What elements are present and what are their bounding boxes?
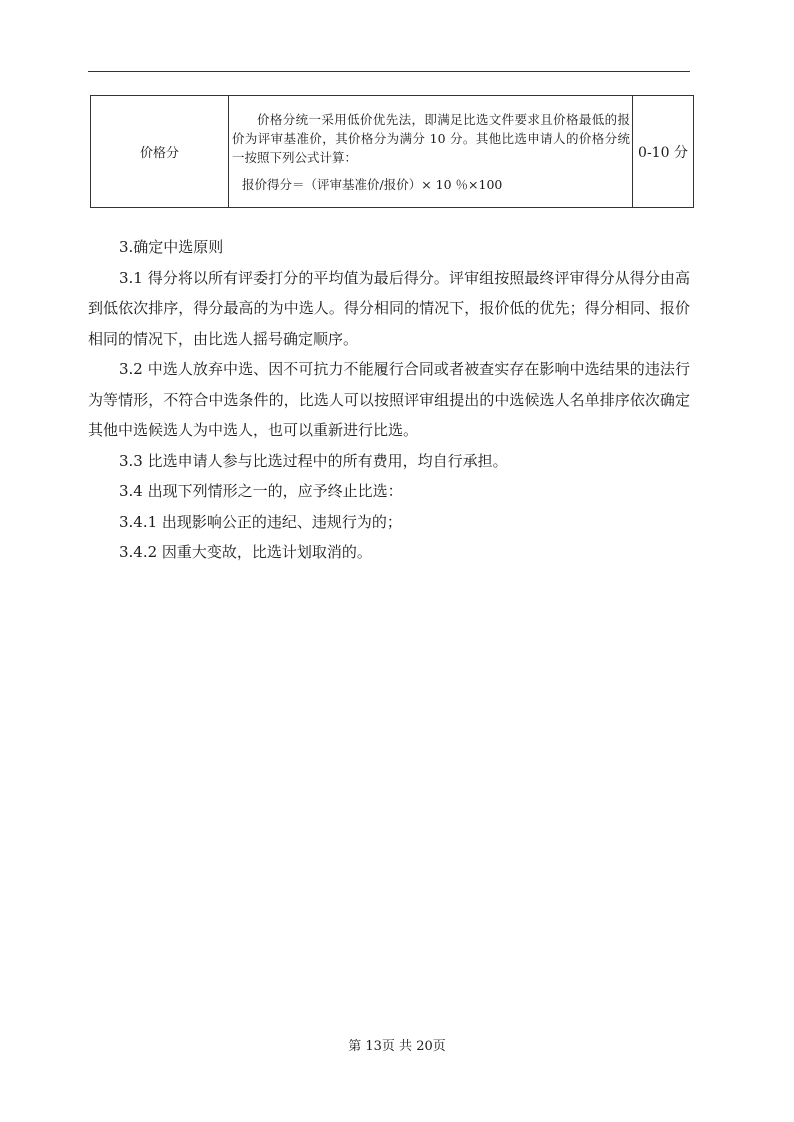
selection-principles: 3.确定中选原则 3.1 得分将以所有评委打分的平均值为最后得分。评审组按照最终…	[88, 232, 690, 568]
criterion-name: 价格分	[91, 96, 229, 208]
score-range: 0-10 分	[633, 96, 694, 208]
paragraph-3-3: 3.3 比选申请人参与比选过程中的所有费用，均自行承担。	[88, 446, 690, 477]
paragraph-3-1: 3.1 得分将以所有评委打分的平均值为最后得分。评审组按照最终评审得分从得分由高…	[88, 263, 690, 355]
section-heading: 3.确定中选原则	[88, 232, 690, 263]
paragraph-3-4-1: 3.4.1 出现影响公正的违纪、违规行为的；	[88, 507, 690, 538]
table-row: 价格分 价格分统一采用低价优先法，即满足比选文件要求且价格最低的报价为评审基准价…	[91, 96, 694, 208]
page-number: 第 13页 共 20页	[0, 1035, 794, 1054]
scoring-table: 价格分 价格分统一采用低价优先法，即满足比选文件要求且价格最低的报价为评审基准价…	[90, 95, 694, 208]
description-text: 价格分统一采用低价优先法，即满足比选文件要求且价格最低的报价为评审基准价，其价格…	[232, 110, 630, 167]
criterion-description: 价格分统一采用低价优先法，即满足比选文件要求且价格最低的报价为评审基准价，其价格…	[229, 96, 633, 208]
paragraph-3-4: 3.4 出现下列情形之一的，应予终止比选：	[88, 476, 690, 507]
paragraph-3-4-2: 3.4.2 因重大变故，比选计划取消的。	[88, 537, 690, 568]
header-rule	[88, 71, 690, 72]
price-formula: 报价得分＝（评审基准价/报价）× 10 ％×100	[242, 175, 630, 194]
paragraph-3-2: 3.2 中选人放弃中选、因不可抗力不能履行合同或者被查实存在影响中选结果的违法行…	[88, 354, 690, 446]
